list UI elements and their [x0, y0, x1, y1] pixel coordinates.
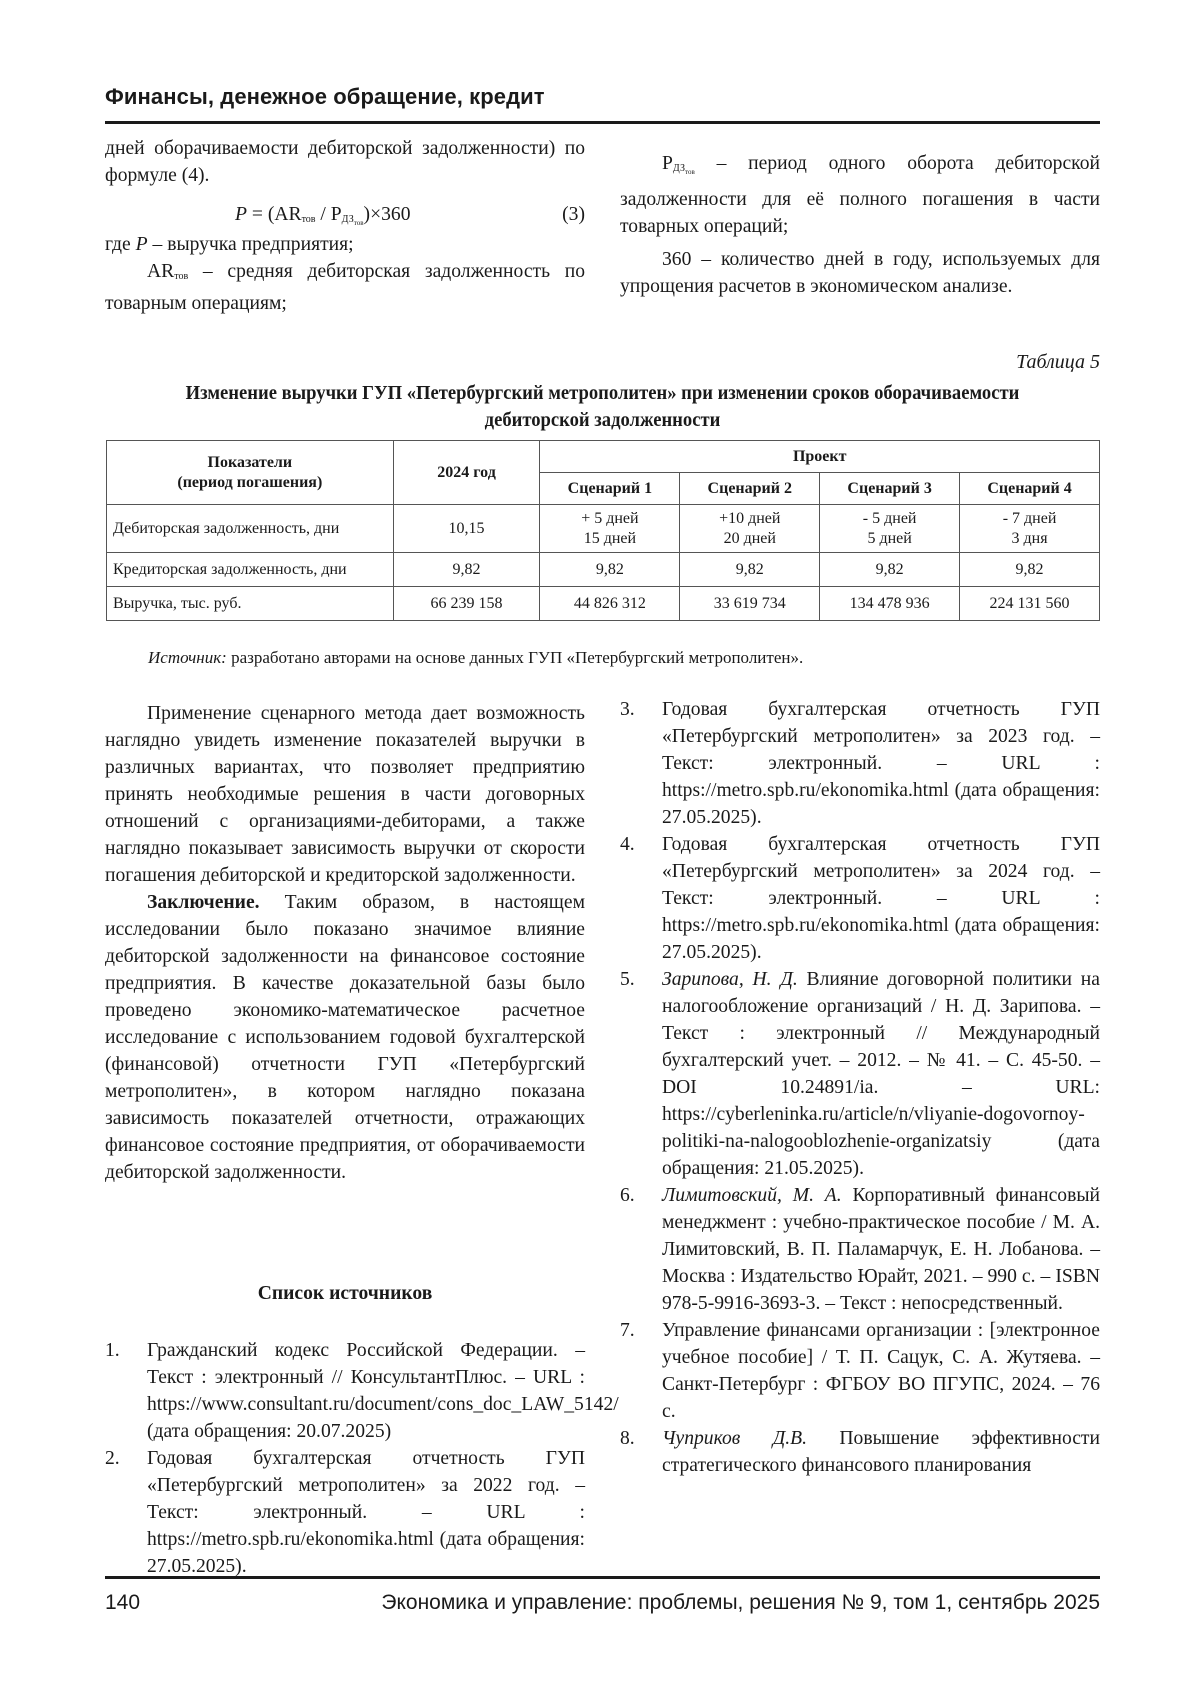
cell-scenario-3: 9,82	[820, 553, 960, 587]
page-number: 140	[105, 1591, 140, 1615]
formula-definitions-left: где P – выручка предприятия; ARтов – сре…	[105, 231, 585, 317]
table-row: Кредиторская задолженность, дни 9,82 9,8…	[107, 553, 1100, 587]
reference-item: 2.Годовая бухгалтерская отчетность ГУП «…	[105, 1445, 585, 1580]
reference-item: 8.Чуприков Д.В. Повышение эффективности …	[620, 1425, 1100, 1479]
definition-360: 360 – количество дней в году, используем…	[620, 246, 1100, 300]
table-header-row: Показатели(период погашения) 2024 год Пр…	[107, 441, 1100, 473]
header-indicators: Показатели(период погашения)	[107, 441, 394, 505]
references-left: 1.Гражданский кодекс Российской Федераци…	[105, 1337, 585, 1580]
reference-item: 3.Годовая бухгалтерская отчетность ГУП «…	[620, 696, 1100, 831]
header-scenario-3: Сценарий 3	[820, 473, 960, 505]
definition-ar: ARтов – средняя дебиторская задолженност…	[105, 258, 585, 317]
journal-citation: Экономика и управление: проблемы, решени…	[381, 1591, 1100, 1615]
left-column-body: Применение сценарного метода дает возмож…	[105, 700, 585, 1186]
reference-item: 6.Лимитовский, М. А. Корпоративный финан…	[620, 1182, 1100, 1317]
cell-year: 66 239 158	[393, 587, 540, 621]
row-label: Дебиторская задолженность, дни	[107, 505, 394, 553]
header-project: Проект	[540, 441, 1100, 473]
cell-scenario-1: 44 826 312	[540, 587, 680, 621]
reference-item: 4.Годовая бухгалтерская отчетность ГУП «…	[620, 831, 1100, 966]
cell-scenario-3: - 5 дней5 дней	[820, 505, 960, 553]
header-year: 2024 год	[393, 441, 540, 505]
reference-item: 7.Управление финансами организации : [эл…	[620, 1317, 1100, 1425]
cell-scenario-2: +10 дней20 дней	[680, 505, 820, 553]
cell-scenario-1: 9,82	[540, 553, 680, 587]
intro-paragraph: дней оборачиваемости дебиторской задолже…	[105, 135, 585, 189]
row-label: Выручка, тыс. руб.	[107, 587, 394, 621]
cell-scenario-1: + 5 дней15 дней	[540, 505, 680, 553]
cell-scenario-3: 134 478 936	[820, 587, 960, 621]
table-row: Выручка, тыс. руб. 66 239 158 44 826 312…	[107, 587, 1100, 621]
table-source-note: Источник: разработано авторами на основе…	[148, 648, 803, 668]
revenue-scenarios-table: Показатели(период погашения) 2024 год Пр…	[106, 440, 1100, 621]
document-page: Финансы, денежное обращение, кредит дней…	[0, 0, 1200, 1698]
equation-number: (3)	[562, 204, 585, 226]
left-column-top: дней оборачиваемости дебиторской задолже…	[105, 135, 585, 189]
header-scenario-1: Сценарий 1	[540, 473, 680, 505]
reference-item: 5.Зарипова, Н. Д. Влияние договорной пол…	[620, 966, 1100, 1182]
table-label: Таблица 5	[1016, 351, 1100, 374]
cell-scenario-2: 9,82	[680, 553, 820, 587]
header-scenario-4: Сценарий 4	[960, 473, 1100, 505]
conclusion-paragraph: Заключение. Таким образом, в настоящем и…	[105, 889, 585, 1186]
row-label: Кредиторская задолженность, дни	[107, 553, 394, 587]
cell-scenario-4: 9,82	[960, 553, 1100, 587]
cell-year: 10,15	[393, 505, 540, 553]
formula-expression: P = (ARтов / PДЗтов)×360	[235, 204, 411, 227]
header-scenario-2: Сценарий 2	[680, 473, 820, 505]
definition-p: где P – выручка предприятия;	[105, 231, 585, 258]
formula-definitions-right: PДЗтов – период одного оборота дебиторск…	[620, 150, 1100, 300]
formula-3: P = (ARтов / PДЗтов)×360 (3)	[105, 204, 585, 231]
table-row: Дебиторская задолженность, дни 10,15 + 5…	[107, 505, 1100, 553]
footer-rule	[105, 1576, 1100, 1579]
scenario-method-paragraph: Применение сценарного метода дает возмож…	[105, 700, 585, 889]
reference-item: 1.Гражданский кодекс Российской Федераци…	[105, 1337, 585, 1445]
cell-scenario-4: - 7 дней3 дня	[960, 505, 1100, 553]
cell-scenario-4: 224 131 560	[960, 587, 1100, 621]
cell-year: 9,82	[393, 553, 540, 587]
header-rule	[105, 121, 1100, 124]
table-title: Изменение выручки ГУП «Петербургский мет…	[140, 380, 1065, 434]
references-right: 3.Годовая бухгалтерская отчетность ГУП «…	[620, 696, 1100, 1479]
references-title: Список источников	[105, 1283, 585, 1305]
running-head: Финансы, денежное обращение, кредит	[105, 84, 545, 110]
cell-scenario-2: 33 619 734	[680, 587, 820, 621]
definition-pdz: PДЗтов – период одного оборота дебиторск…	[620, 150, 1100, 240]
